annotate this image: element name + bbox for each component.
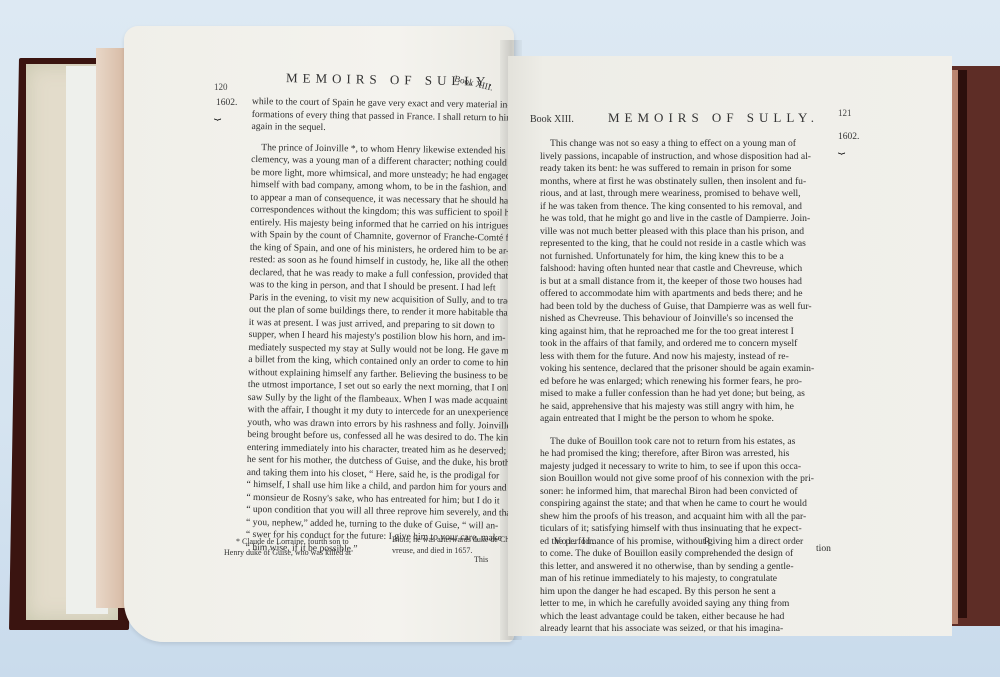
right-page: Book XIII. MEMOIRS OF SULLY. 121 1602. ⏟… [508, 56, 952, 636]
footnote-line: vreuse, and died in 1657. [392, 545, 516, 556]
left-catchword: This [474, 554, 488, 565]
left-page-number: 120 [214, 82, 228, 92]
left-body-text: while to the court of Spain he gave very… [246, 96, 525, 558]
text-line: ville was not much better pleased with t… [540, 226, 814, 239]
text-line: months, where at first he was obstinatel… [540, 176, 814, 189]
text-line: The duke of Bouillon took care not to re… [540, 436, 814, 449]
text-line: voking his sentence, declared that the p… [540, 363, 814, 376]
text-line: took in the affairs of that family, and … [540, 338, 814, 351]
right-running-head: MEMOIRS OF SULLY. [608, 110, 819, 126]
text-line: had been told by the duchess of Guise, t… [540, 301, 814, 314]
text-line: lively passions, incapable of instructio… [540, 151, 814, 164]
text-line: This change was not so easy a thing to e… [540, 138, 814, 151]
footnote-line: Henry duke of Guise, who was killed at [224, 547, 351, 558]
text-line: to come. The duke of Bouillon easily com… [540, 548, 814, 561]
signature-volume: Vol. II. [554, 536, 597, 549]
signature-mark: R [704, 536, 710, 549]
right-page-number: 121 [838, 108, 852, 118]
text-line: soner: he informed him, that marechal Bi… [540, 486, 814, 499]
text-line: ready taken its bent: he was suffered to… [540, 163, 814, 176]
text-line: he had promised the king; therefore, aft… [540, 448, 814, 461]
text-line: he was told, that he might go and live i… [540, 213, 814, 226]
text-line: offered to accommodate him with apartmen… [540, 288, 814, 301]
text-line: again entreated that I might be the pers… [540, 413, 814, 426]
text-line: which the least advantage could be taken… [540, 611, 814, 624]
text-line: is but at a small distance from it, the … [540, 276, 814, 289]
text-line: sion Bouillon would not give some proof … [540, 473, 814, 486]
text-line: falshood: having often hunted near that … [540, 263, 814, 276]
text-line: letter to me, in which he carefully avoi… [540, 598, 814, 611]
text-line: less with them for the future. And now h… [540, 351, 814, 364]
text-line: ticulars of it; satisfying himself with … [540, 523, 814, 536]
left-footnote-col1: * Claude de Lorraine, fourth son to Henr… [224, 536, 351, 558]
left-margin-brace: ⏟ [214, 106, 221, 121]
text-line: he said, apprehensive that his majesty w… [540, 401, 814, 414]
text-line: majesty judged it necessary to write to … [540, 461, 814, 474]
text-line: man of his retinue immediately to his ma… [540, 573, 814, 586]
text-line: represented to the king, that he could n… [540, 238, 814, 251]
text-line: if he was taken from thence. The king co… [540, 201, 814, 214]
footnote-line: * Claude de Lorraine, fourth son to [224, 536, 351, 547]
text-line: nished as Chevreuse. This behaviour of J… [540, 313, 814, 326]
text-line: king against him, that he reproached me … [540, 326, 814, 339]
right-book-label: Book XIII. [530, 114, 574, 125]
text-line: mised to make a fuller confession than h… [540, 388, 814, 401]
text-line: not furnished. Unfortunately for him, th… [540, 251, 814, 264]
text-line: ed before he was enlarged; which renewin… [540, 376, 814, 389]
text-line: this letter, and answered it no otherwis… [540, 561, 814, 574]
text-line: already learnt that his associate was se… [540, 623, 814, 636]
right-body-text: This change was not so easy a thing to e… [540, 138, 814, 636]
text-line: rious, and at last, through mere wearine… [540, 188, 814, 201]
text-line: conspiring against the state; and that w… [540, 498, 814, 511]
footnote-line: Blois; he was afterwards duke de Che- [392, 534, 516, 545]
paragraph-gap [540, 426, 814, 436]
right-catchword: tion [816, 543, 831, 556]
left-page: 120 MEMOIRS OF SULLY. Book XIII. 1602. ⏟… [124, 26, 514, 642]
left-footnote-col2: Blois; he was afterwards duke de Che- vr… [392, 534, 516, 556]
right-margin-brace: ⏟ [838, 140, 845, 155]
text-line: him upon the danger he had escaped. By t… [540, 586, 814, 599]
text-line: shew him the proofs of his treason, and … [540, 511, 814, 524]
